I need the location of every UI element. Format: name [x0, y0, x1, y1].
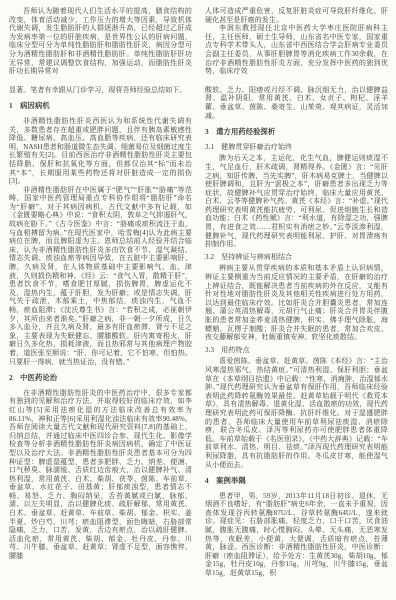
section-3-1-heading: 3.1 健脾贯穿肝癖治疗始终 — [205, 143, 388, 152]
section-4-heading: 4 案例举隅 — [205, 477, 388, 486]
section-3-1-paragraph: 脾为后天之本，主运化，化生气血，脾健运则痰湿不生，气足血行，肝木疏调，肾精得养。… — [205, 154, 388, 249]
section-4-case-paragraph: 患者甲，男，59岁，2013年11月18日初诊。退休，无烟酒不良嗜好，有“脂肪肝… — [205, 492, 388, 578]
section-1-paragraph-2: 非酒精性脂肪肝在中医属于“肥气”“肝胀”“胁痛”等范畴，国家中医药管理局重点专科… — [9, 186, 192, 366]
section-3-2-heading: 3.2 坚持辨证与辨病相结合 — [205, 253, 388, 262]
section-3-heading: 3 遣方用药经验探析 — [205, 128, 388, 137]
section-1-paragraph-1: 非酒精性脂肪性肝炎西医认为和系统性代谢失调有关，多数患者存在超重或肥胖问题，且伴… — [9, 117, 192, 186]
intro-paragraph: 吾师认为随着现代人们生活水平的提高，膳食结构的改变，体育活动减少，工作压力的增大… — [9, 7, 192, 76]
document-page: 吾师认为随着现代人们生活水平的提高，膳食结构的改变，体育活动减少，工作压力的增大… — [0, 0, 396, 600]
author-bio-paragraph: 李润东教授现任北京中医药大学枣庄医院肝病科主任，主任医师，硕士生导师，山东省名中… — [205, 24, 388, 76]
intro-continuation-paragraph: 显著。笔者有幸跟从门诊学习，现将吾师经验总结如下。 — [9, 86, 192, 95]
right-column: 人体可造成严重危害，反复肝脏炎症可导致肝纤维化、肝硬化甚至是肝癌的发生。 李润东… — [205, 7, 388, 596]
carryover-paragraph: 人体可造成严重危害，反复肝脏炎症可导致肝纤维化、肝硬化甚至是肝癌的发生。 — [205, 7, 388, 24]
section-2-paragraph-1: 在非酒精性脂肪性肝炎的中医药治疗中，很多专家都有独到的见解和治疗方法，并取得较好… — [9, 389, 192, 561]
section-2-heading: 2 中医药论治 — [9, 374, 192, 383]
carryover-paragraph-2: 酸软、乏力、阳痿或月经不调、脉沉细无力，治以健脾益肾、温补阴阳，常用黄芪、白术、… — [205, 86, 388, 120]
section-3-2-paragraph: 辨病主要从贯穿疾病的本质和基本矛盾上认识病情，辨证主要侧重为当前反应情况的主要矛… — [205, 264, 388, 341]
left-column: 吾师认为随着现代人们生活水平的提高，膳食结构的改变，体育活动减少，工作压力的增大… — [9, 7, 192, 596]
section-3-3-paragraph: 喜爱茵陈、垂盆草、赶黄草。茵陈《本经》言：“主治风寒湿热邪气，热结黄疸。”可清热… — [205, 357, 388, 469]
section-3-3-heading: 3.3 用药特点 — [205, 346, 388, 355]
section-1-heading: 1 病因病机 — [9, 102, 192, 111]
